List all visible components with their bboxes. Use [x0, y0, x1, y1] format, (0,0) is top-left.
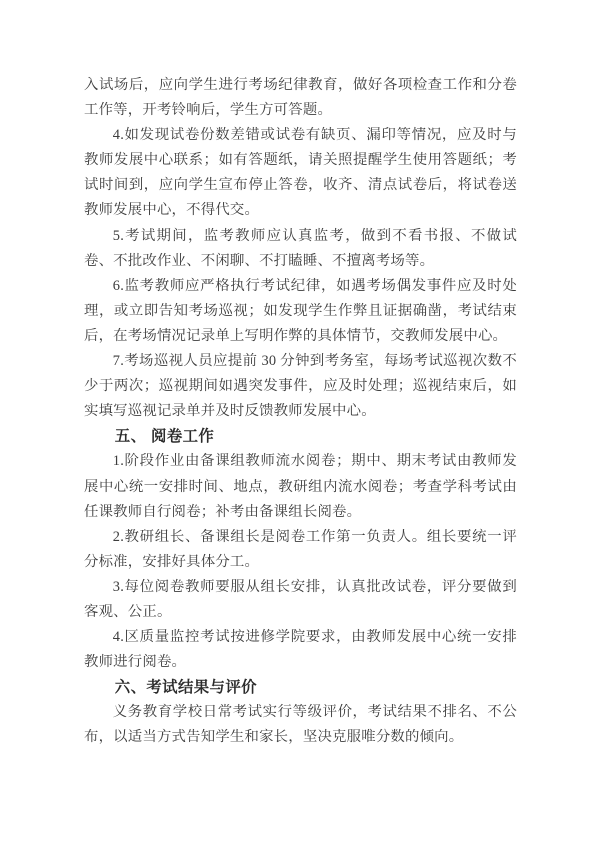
paragraph: 6.监考教师应严格执行考试纪律，如遇考场偶发事件应及时处理，或立即告知考场巡视；…	[84, 274, 517, 349]
paragraph: 4.如发现试卷份数差错或试卷有缺页、漏印等情况，应及时与教师发展中心联系；如有答…	[84, 123, 517, 223]
paragraph: 入试场后，应向学生进行考场纪律教育，做好各项检查工作和分卷工作等，开考铃响后，学…	[84, 73, 517, 123]
paragraph: 1.阶段作业由备课组教师流水阅卷；期中、期末考试由教师发展中心统一安排时间、地点…	[84, 449, 517, 524]
paragraph: 7.考场巡视人员应提前 30 分钟到考务室，每场考试巡视次数不少于两次；巡视期间…	[84, 349, 517, 424]
paragraph: 4.区质量监控考试按进修学院要求，由教师发展中心统一安排教师进行阅卷。	[84, 625, 517, 675]
document-page: 入试场后，应向学生进行考场纪律教育，做好各项检查工作和分卷工作等，开考铃响后，学…	[0, 0, 600, 848]
section-heading: 五、 阅卷工作	[84, 424, 517, 449]
paragraph: 义务教育学校日常考试实行等级评价，考试结果不排名、不公布，以适当方式告知学生和家…	[84, 700, 517, 750]
document-body: 入试场后，应向学生进行考场纪律教育，做好各项检查工作和分卷工作等，开考铃响后，学…	[84, 73, 517, 751]
paragraph: 2.教研组长、备课组长是阅卷工作第一负责人。组长要统一评分标准，安排好具体分工。	[84, 525, 517, 575]
paragraph: 5.考试期间，监考教师应认真监考，做到不看书报、不做试卷、不批改作业、不闲聊、不…	[84, 224, 517, 274]
section-heading: 六、考试结果与评价	[84, 675, 517, 700]
paragraph: 3.每位阅卷教师要服从组长安排，认真批改试卷，评分要做到客观、公正。	[84, 575, 517, 625]
